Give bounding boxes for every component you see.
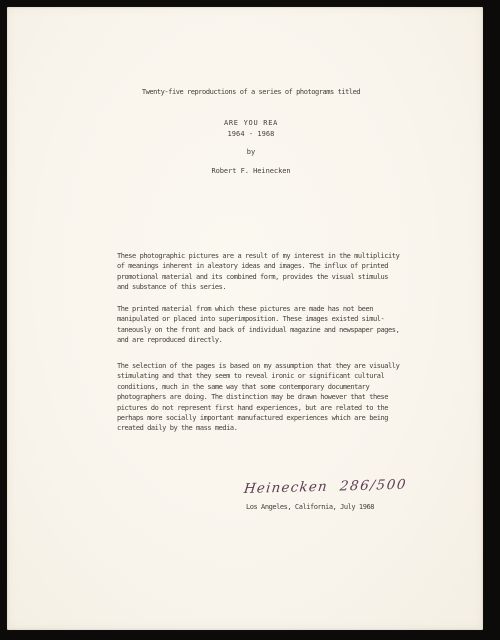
- byline: by: [7, 147, 495, 157]
- colophon-block: Heinecken 286/500 Los Angeles, Californi…: [243, 481, 453, 512]
- place-and-date: Los Angeles, California, July 1968: [246, 502, 453, 512]
- edition-number: 286/500: [339, 477, 408, 495]
- colophon-page: Twenty-five reproductions of a series of…: [7, 7, 483, 630]
- series-dates: 1964 - 1968: [7, 129, 495, 139]
- series-description: Twenty-five reproductions of a series of…: [7, 87, 495, 97]
- series-title: ARE YOU REA: [7, 118, 495, 128]
- statement-paragraph-1: These photographic pictures are a result…: [117, 251, 417, 293]
- statement-paragraph-3: The selection of the pages is based on m…: [117, 361, 417, 434]
- author-name: Robert F. Heinecken: [7, 166, 495, 176]
- statement-paragraph-2: The printed material from which these pi…: [117, 304, 417, 346]
- artist-signature: Heinecken 286/500: [243, 475, 455, 497]
- photo-background: Twenty-five reproductions of a series of…: [0, 0, 500, 640]
- signature-name: Heinecken: [243, 479, 329, 497]
